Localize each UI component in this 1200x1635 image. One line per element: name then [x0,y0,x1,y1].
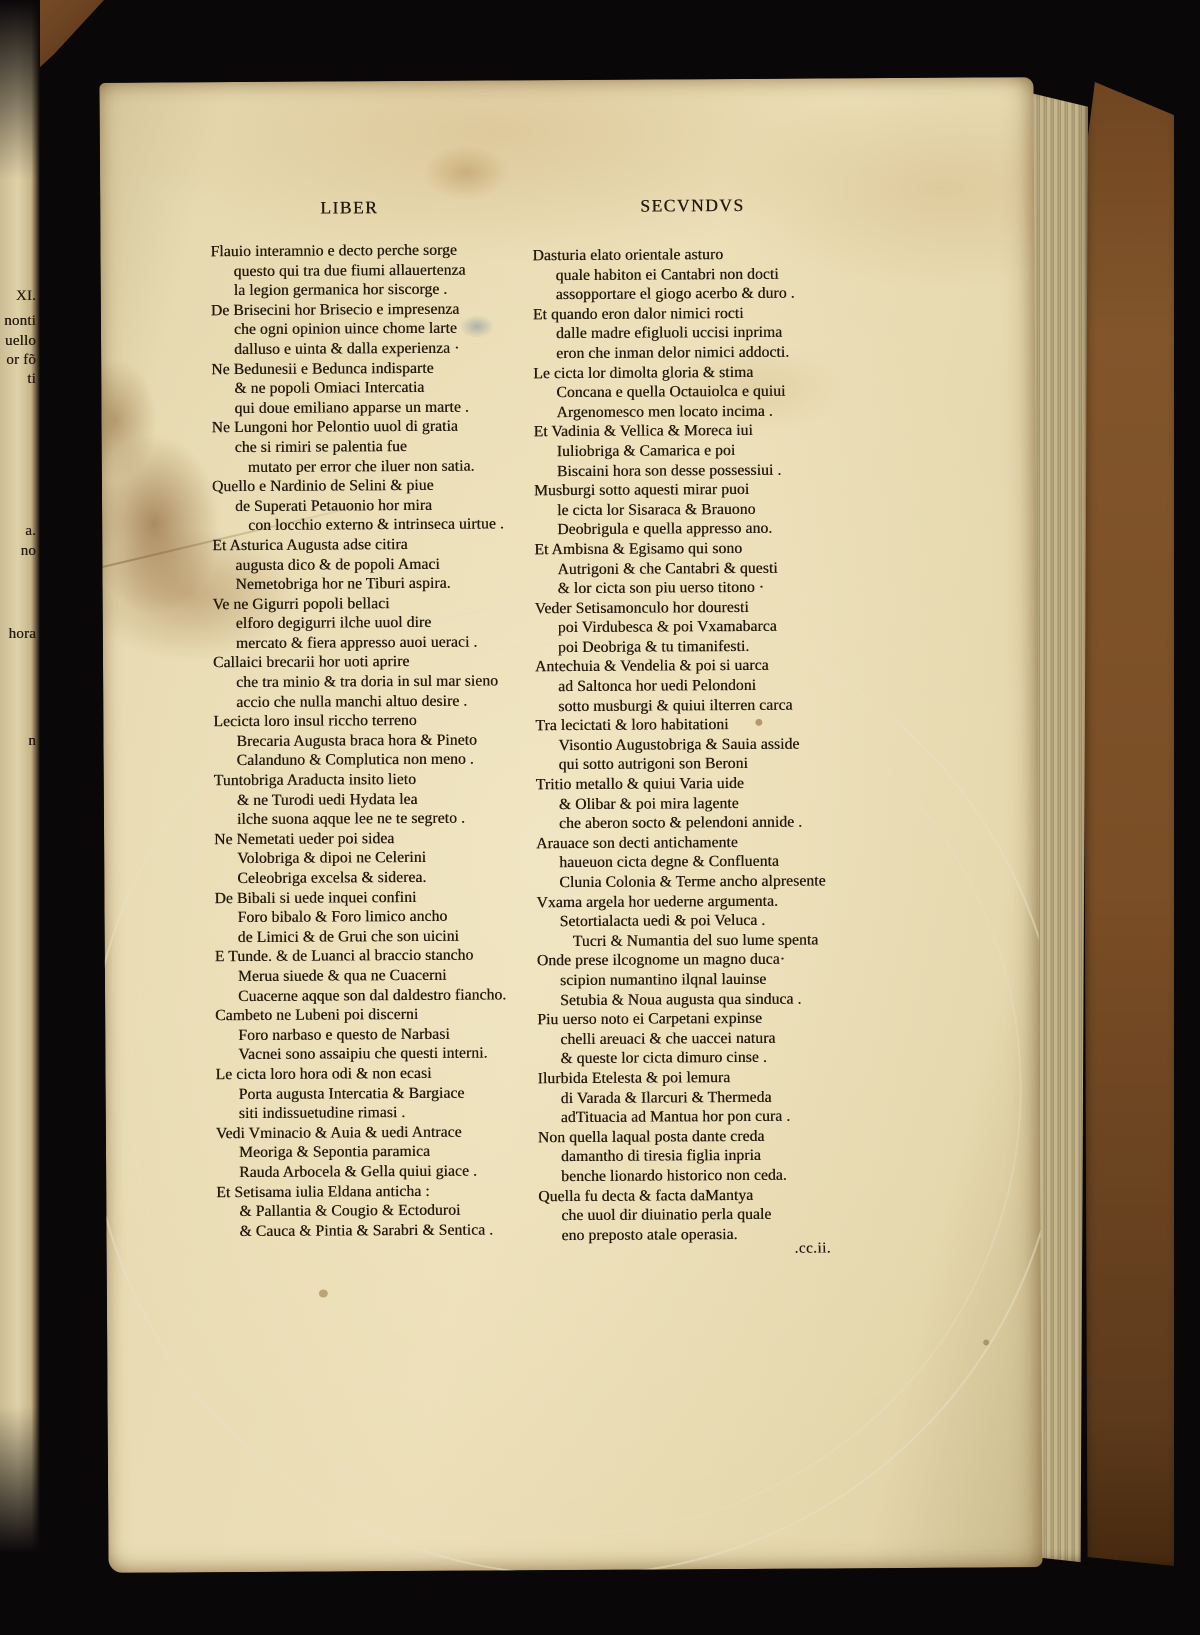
verse-line: Arauace son decti antichamente [536,832,866,854]
verse-line: mutato per error che iluer non satia. [212,456,542,478]
verse-line: de Limici & de Grui che son uicini [215,926,545,948]
verse-line: & ne Turodi uedi Hydata lea [214,789,544,811]
verse-line: Tra lecictati & loro habitationi [535,714,865,736]
verse-column-right: Dasturia elato orientale asturoquale hab… [532,244,868,1245]
verse-line: & queste lor cicta dimuro cinse . [537,1048,867,1070]
leather-back-cover-edge [1082,64,1174,1566]
verse-line: Et Asturica Augusta adse citira [212,534,542,556]
facing-page-edge: XI.nontiuelloor fõtia.nohoran [0,0,40,1635]
verse-line: Volobriga & dipoi ne Celerini [214,848,544,870]
verse-line: haueuon cicta degne & Confluenta [536,852,866,874]
verse-line: Autrigoni & che Cantabri & questi [534,558,864,580]
verse-line: & Olibar & poi mira lagente [536,793,866,815]
verse-column-left: Flauio interamnio e decto perche sorgequ… [210,240,546,1241]
verse-line: Ne Lungoni hor Pelontio uuol di gratia [212,417,542,439]
verse-line: Et quando eron dalor nimici rocti [533,303,863,325]
verse-line: Flauio interamnio e decto perche sorge [210,240,540,262]
verse-line: mercato & fiera appresso auoi ueraci . [213,632,543,654]
verse-line: Ve ne Gigurri popoli bellaci [213,593,543,615]
verse-line: Onde prese ilcognome un magno duca· [537,950,867,972]
verse-line: elforo degigurri ilche uuol dire [213,612,543,634]
verse-line: de Superati Petauonio hor mira [212,495,542,517]
verse-line: Le cicta loro hora odi & non ecasi [215,1063,545,1085]
facing-page-text-fragment: no [0,543,36,560]
verse-line: Celeobriga excelsa & siderea. [214,867,544,889]
verse-line: Vxama argela hor uederne argumenta. [536,891,866,913]
verse-line: adTituacia ad Mantua hor pon cura . [538,1106,868,1128]
verse-line: che tra minio & tra doria in sul mar sie… [213,671,543,693]
running-header-secundus: SECVNDVS [640,195,745,217]
verse-line: Meoriga & Sepontia paramica [216,1141,546,1163]
verse-line: Et Setisama iulia Eldana anticha : [216,1181,546,1203]
verse-line: & Cauca & Pintia & Sarabri & Sentica . [216,1220,546,1242]
verse-line: qui doue emiliano apparse un marte . [211,397,541,419]
verse-line: sotto musburgi & quiui ilterren carca [535,695,865,717]
verse-line: Dasturia elato orientale asturo [532,244,862,266]
verse-line: quale habiton ei Cantabri non docti [533,264,863,286]
verse-line: damantho di tiresia figlia inpria [538,1146,868,1168]
verse-line: Foro narbaso e questo de Narbasi [215,1024,545,1046]
verse-line: Biscaini hora son desse possessiui . [534,460,864,482]
folio-number: .cc.ii. [795,1240,832,1257]
verse-line: Et Ambisna & Egisamo qui sono [534,538,864,560]
verse-line: Lecicta loro insul riccho terreno [213,710,543,732]
verse-line: che aberon socto & pelendoni annide . [536,812,866,834]
verse-line: Musburgi sotto aquesti mirar puoi [534,479,864,501]
verse-line: le cicta lor Sisaraca & Brauono [534,499,864,521]
fox-spot [983,1339,989,1345]
verse-line: ad Saltonca hor uedi Pelondoni [535,675,865,697]
verse-line: Tuntobriga Araducta insito lieto [214,769,544,791]
verse-line: & Pallantia & Cougio & Ectoduroi [216,1200,546,1222]
facing-page-text-fragment: XI. [0,288,36,305]
verse-line: De Brisecini hor Brisecio e impresenza [211,299,541,321]
verse-line: che uuol dir diuinatio perla quale [538,1204,868,1226]
verse-line: Setubia & Noua augusta qua sinduca . [537,989,867,1011]
verse-line: con locchio externo & intrinseca uirtue … [212,514,542,536]
verse-line: che ogni opinion uince chome larte [211,319,541,341]
verse-line: Iuliobriga & Camarica e poi [534,440,864,462]
verse-line: benche lionardo historico non ceda. [538,1165,868,1187]
verse-line: Quella fu decta & facta daMantya [538,1185,868,1207]
fox-spot [755,719,762,726]
verse-line: che si rimiri se palentia fue [212,436,542,458]
verse-line: E Tunde. & de Luanci al braccio stancho [215,946,545,968]
verse-line: Veder Setisamonculo hor douresti [535,597,865,619]
verse-line: dalle madre efigluoli uccisi inprima [533,323,863,345]
facing-page-text-fragment: uello [0,333,36,350]
verse-line: Tritio metallo & quiui Varia uide [536,773,866,795]
verse-line: De Bibali si uede inquei confini [214,887,544,909]
verse-line: augusta dico & de popoli Amaci [212,554,542,576]
verse-line: Ne Nemetati ueder poi sidea [214,828,544,850]
verse-line: Porta augusta Intercatia & Bargiace [216,1083,546,1105]
verse-line: assopportare el giogo acerbo & duro . [533,283,863,305]
verse-line: Nemetobriga hor ne Tiburi aspira. [212,573,542,595]
book-page: LIBER SECVNDVS Flauio interamnio e decto… [99,77,1042,1573]
verse-line: Merua siuede & qua ne Cuacerni [215,965,545,987]
verse-line: Argenomesco men locato incima . [533,401,863,423]
verse-line: Quello e Nardinio de Selini & piue [212,475,542,497]
verse-line: Clunia Colonia & Terme ancho alpresente [536,871,866,893]
verse-line: & lor cicta son piu uerso titono · [534,577,864,599]
verse-line: chelli areuaci & che uaccei natura [537,1028,867,1050]
verse-line: Ne Bedunesii e Bedunca indisparte [211,358,541,380]
facing-page-text-fragment: a. [0,523,36,540]
verse-line: poi Deobriga & tu timanifesti. [535,636,865,658]
verse-line: questo qui tra due fiumi allauertenza [211,260,541,282]
verse-line: Ilurbida Etelesta & poi lemura [537,1067,867,1089]
verse-line: Brecaria Augusta braca hora & Pineto [213,730,543,752]
facing-page-text-fragment: or fõ [0,352,36,369]
facing-page-text-fragment: hora [0,626,36,643]
verse-line: qui sotto autrigoni son Beroni [536,754,866,776]
facing-page-text-fragment: n [0,733,36,750]
facing-page-text-fragment: ti [0,371,36,388]
verse-line: Le cicta lor dimolta gloria & stima [533,362,863,384]
verse-line: Concana e quella Octauiolca e quiui [533,381,863,403]
verse-line: & ne popoli Omiaci Intercatia [211,377,541,399]
verse-line: Non quella laqual posta dante creda [538,1126,868,1148]
verse-line: siti indissuetudine rimasi . [216,1102,546,1124]
verse-line: Cambeto ne Lubeni poi discerni [215,1004,545,1026]
fox-spot [319,1289,328,1297]
verse-line: Tucri & Numantia del suo lume spenta [537,930,867,952]
verse-line: Visontio Augustobriga & Sauia asside [535,734,865,756]
verse-line: Rauda Arbocela & Gella quiui giace . [216,1161,546,1183]
verse-line: poi Virdubesca & poi Vxamabarca [535,616,865,638]
facing-page-text-fragment: nonti [0,313,36,330]
verse-line: Vedi Vminacio & Auia & uedi Antrace [216,1122,546,1144]
verse-line: la legion germanica hor siscorge . [211,279,541,301]
verse-line: accio che nulla manchi altuo desire . [213,691,543,713]
verse-line: Foro bibalo & Foro limico ancho [215,906,545,928]
verse-line: Et Vadinia & Vellica & Moreca iui [534,421,864,443]
verse-line: eron che inman delor nimici addocti. [533,342,863,364]
verse-line: ilche suona aqque lee ne te segreto . [214,808,544,830]
verse-line: scipion numantino ilqnal lauinse [537,969,867,991]
photograph-of-open-book: { "page": { "header": { "left": "LIBER",… [0,0,1200,1635]
verse-line: Cuacerne aqque son dal daldestro fiancho… [215,985,545,1007]
verse-line: Antechuia & Vendelia & poi si uarca [535,656,865,678]
verse-line: Vacnei sono assaipiu che questi interni. [215,1044,545,1066]
verse-line: Deobrigula e quella appresso ano. [534,519,864,541]
verse-line: Callaici brecarii hor uoti aprire [213,652,543,674]
verse-line: di Varada & Ilarcuri & Thermeda [538,1087,868,1109]
verse-line: Calanduno & Complutica non meno . [214,750,544,772]
verse-line: Piu uerso noto ei Carpetani expinse [537,1008,867,1030]
running-header-liber: LIBER [320,197,378,218]
verse-line: Setortialacta uedi & poi Veluca . [537,910,867,932]
verse-line: dalluso e uinta & dalla experienza · [211,338,541,360]
